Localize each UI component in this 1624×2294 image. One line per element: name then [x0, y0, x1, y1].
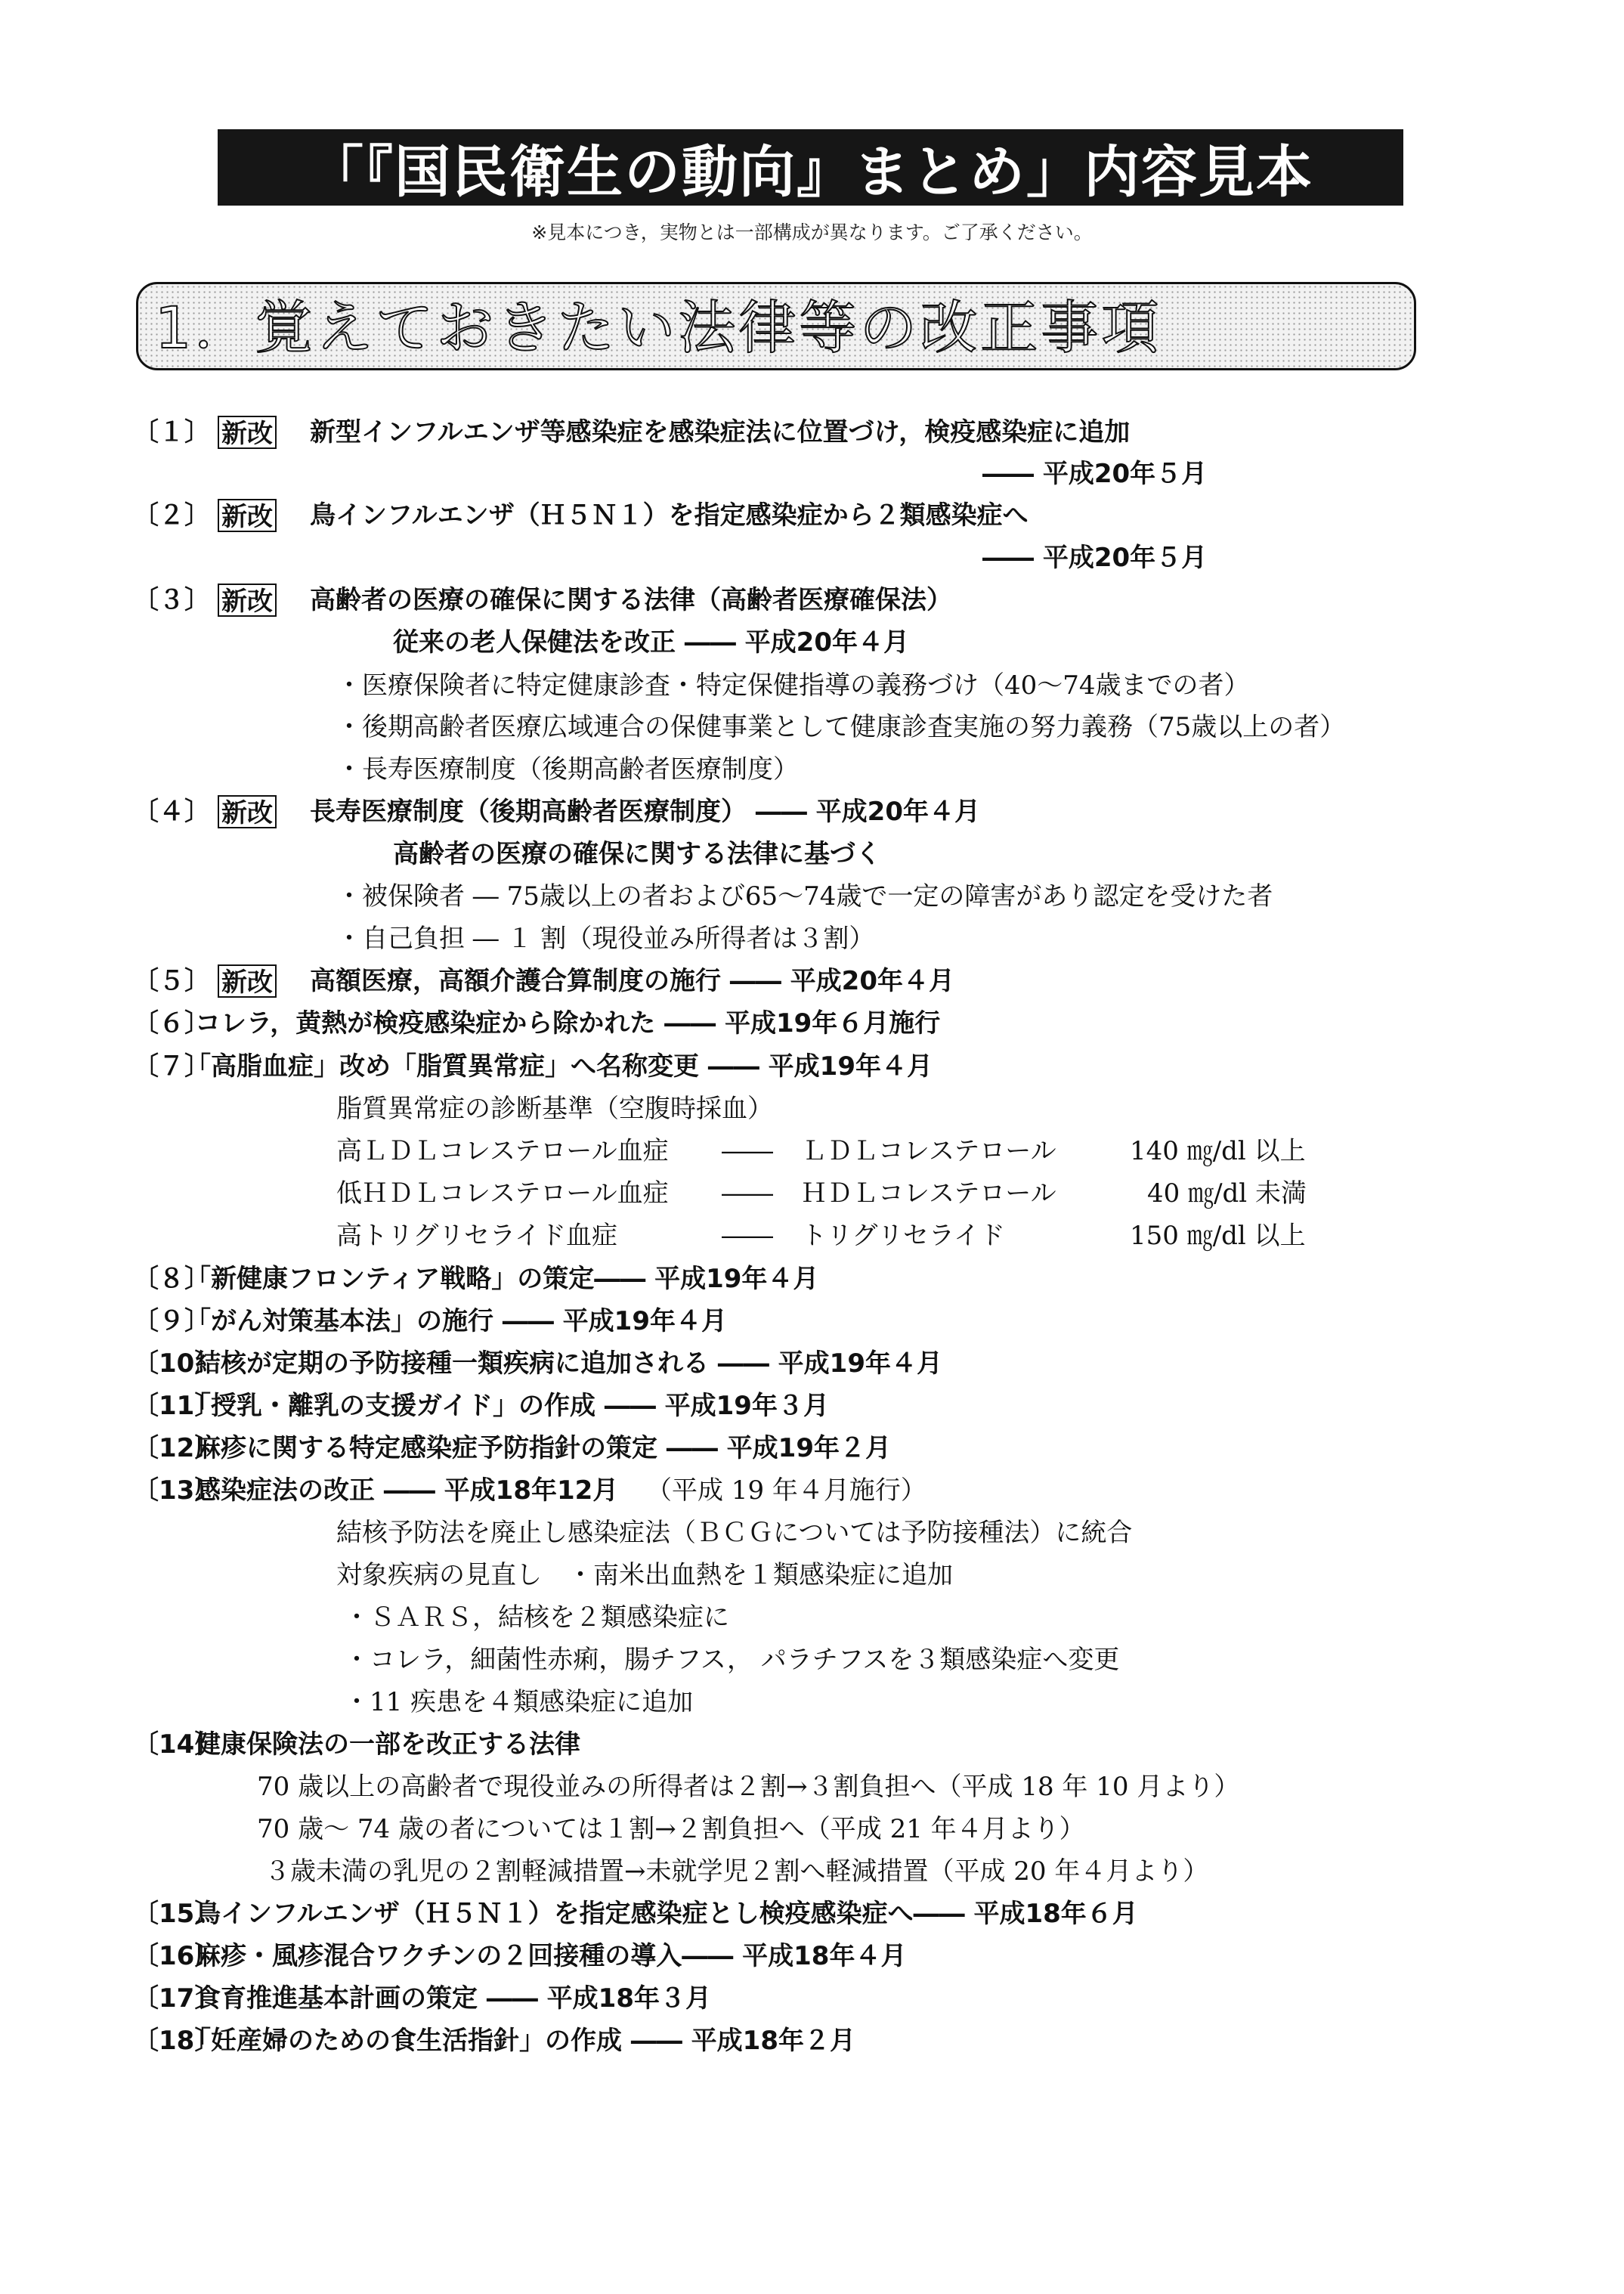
section-title: 1．覚えておきたい法律等の改正事項: [155, 290, 1162, 366]
item-text: 「がん対策基本法」の施行 ―― 平成19年４月: [185, 1305, 727, 1338]
item-text: 長寿医療制度（後期高齢者医療制度） ―― 平成20年４月: [310, 795, 980, 828]
criteria-marker: ＨＤＬコレステロール: [801, 1177, 1056, 1210]
new-revision-badge: 新改: [218, 499, 277, 532]
item-bullet: ・医療保険者に特定健康診査・特定保健指導の義務づけ（40～74歳までの者）: [336, 669, 1250, 702]
item-subtext: 結核予防法を廃止し感染症法（ＢＣＧについては予防接種法）に統合: [336, 1516, 1132, 1549]
criteria-dash: ――: [722, 1219, 773, 1252]
item-text: 健康保険法の一部を改正する法律: [195, 1728, 580, 1761]
item-text: 「授乳・離乳の支援ガイド」の作成 ―― 平成19年３月: [185, 1389, 829, 1423]
item-text: 鳥インフルエンザ（Ｈ５Ｎ１）を指定感染症から２類感染症へ: [310, 499, 1029, 532]
item-text-suffix: （平成 19 年４月施行）: [646, 1474, 926, 1507]
item-bullet: ・コレラ，細菌性赤痢，腸チフス， パラチフスを３類感染症へ変更: [344, 1643, 1119, 1676]
sample-note: ※見本につき，実物とは一部構成が異なります。ご了承ください。: [0, 218, 1624, 245]
new-revision-badge: 新改: [218, 964, 277, 998]
item-text: 結核が定期の予防接種一類疾病に追加される ―― 平成19年４月: [195, 1347, 942, 1380]
item-text: 「高脂血症」改め「脂質異常症」へ名称変更 ―― 平成19年４月: [185, 1050, 933, 1083]
item-text: 新型インフルエンザ等感染症を感染症法に位置づけ，検疫感染症に追加: [310, 416, 1130, 449]
item-text: 鳥インフルエンザ（Ｈ５Ｎ１）を指定感染症とし検疫感染症へ―― 平成18年６月: [195, 1897, 1138, 1930]
item-bullet: ・自己負担 ― １ 割（現役並み所得者は３割）: [336, 922, 874, 955]
item-subtext: 対象疾病の見直し ・南米出血熱を１類感染症に追加: [336, 1559, 953, 1592]
item-date: ―― 平成20年５月: [982, 541, 1207, 574]
criteria-marker: トリグリセライド: [801, 1219, 1005, 1252]
item-subtext: 脂質異常症の診断基準（空腹時採血）: [336, 1092, 773, 1125]
item-text: 高額医療，高額介護合算制度の施行 ―― 平成20年４月: [310, 964, 954, 998]
criteria-dash: ――: [722, 1177, 773, 1210]
item-number: 〔２〕: [133, 499, 210, 532]
item-subtext: 従来の老人保健法を改正 ―― 平成20年４月: [393, 626, 909, 659]
criteria-value: 150 ㎎/dl 以上: [1130, 1219, 1306, 1252]
item-text: 高齢者の医療の確保に関する法律（高齢者医療確保法）: [310, 584, 952, 617]
item-text: 感染症法の改正 ―― 平成18年12月: [195, 1474, 618, 1507]
item-text: 食育推進基本計画の策定 ―― 平成18年３月: [195, 1982, 711, 2015]
item-number: 〔５〕: [133, 964, 210, 998]
item-bullet: ・長寿医療制度（後期高齢者医療制度）: [336, 753, 799, 786]
new-revision-badge: 新改: [218, 416, 277, 449]
item-text: 「妊産婦のための食生活指針」の作成 ―― 平成18年２月: [185, 2024, 855, 2057]
criteria-condition: 高トリグリセライド血症: [336, 1219, 617, 1252]
item-bullet: ・ＳＡＲＳ，結核を２類感染症に: [344, 1601, 729, 1634]
item-number: 〔１〕: [133, 416, 210, 449]
new-revision-badge: 新改: [218, 795, 277, 828]
item-bullet: ・被保険者 ― 75歳以上の者および65～74歳で一定の障害があり認定を受けた者: [336, 880, 1273, 913]
criteria-value: 40 ㎎/dl 未満: [1147, 1177, 1307, 1210]
item-text: コレラ，黄熱が検疫感染症から除かれた ―― 平成19年６月施行: [195, 1007, 940, 1040]
item-subtext: 高齢者の医療の確保に関する法律に基づく: [393, 837, 881, 871]
criteria-marker: ＬＤＬコレステロール: [801, 1135, 1056, 1168]
criteria-condition: 高ＬＤＬコレステロール血症: [336, 1135, 669, 1168]
item-number: 〔４〕: [133, 795, 210, 828]
item-text: 麻疹・風疹混合ワクチンの２回接種の導入―― 平成18年４月: [195, 1940, 906, 1973]
item-bullet: ・後期高齢者医療広域連合の保健事業として健康診査実施の努力義務（75歳以上の者）: [336, 710, 1345, 744]
criteria-value: 140 ㎎/dl 以上: [1130, 1135, 1306, 1168]
criteria-condition: 低ＨＤＬコレステロール血症: [336, 1177, 669, 1210]
new-revision-badge: 新改: [218, 584, 277, 617]
item-bullet: ３歳未満の乳児の２割軽減措置→未就学児２割へ軽減措置（平成 20 年４月より）: [264, 1855, 1208, 1888]
item-bullet: ・11 疾患を４類感染症に追加: [344, 1686, 693, 1719]
item-text: 「新健康フロンティア戦略」の策定―― 平成19年４月: [185, 1262, 818, 1296]
item-text: 麻疹に関する特定感染症予防指針の策定 ―― 平成19年２月: [195, 1432, 891, 1465]
item-number: 〔３〕: [133, 584, 210, 617]
item-bullet: 70 歳～ 74 歳の者については１割→２割負担へ（平成 21 年４月より）: [257, 1813, 1085, 1846]
page-title-banner: 「『国民衛生の動向』まとめ」内容見本: [218, 129, 1403, 206]
page-title: 「『国民衛生の動向』まとめ」内容見本: [308, 128, 1313, 208]
criteria-dash: ――: [722, 1135, 773, 1168]
item-bullet: 70 歳以上の高齢者で現役並みの所得者は２割→３割負担へ（平成 18 年 10 …: [257, 1770, 1239, 1803]
item-date: ―― 平成20年５月: [982, 457, 1207, 491]
section-header: 1．覚えておきたい法律等の改正事項: [136, 282, 1416, 370]
